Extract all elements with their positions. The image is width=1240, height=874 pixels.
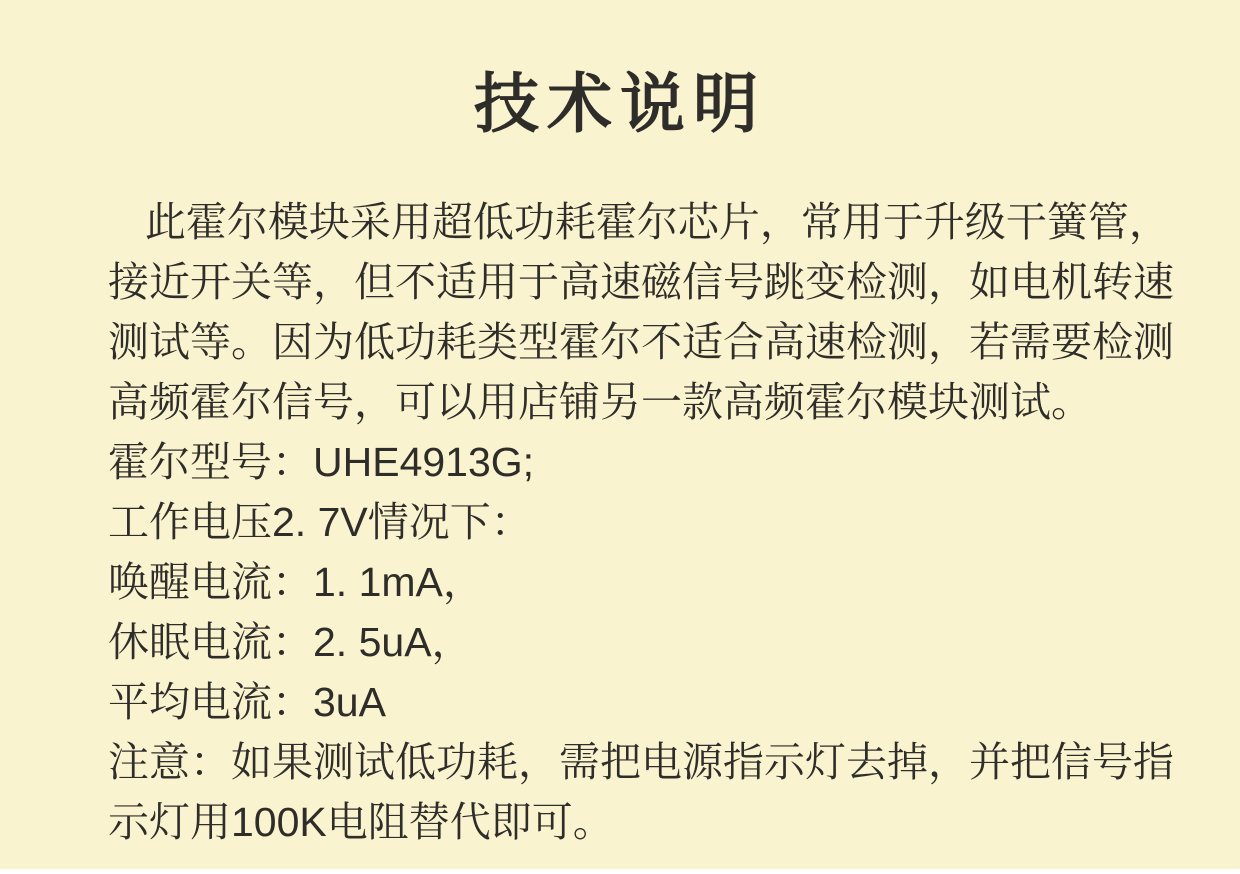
note-line-2: 示灯用100K电阻替代即可。 (108, 792, 1145, 852)
description-body: 此霍尔模块采用超低功耗霍尔芯片，常用于升级干簧管， 接近开关等，但不适用于高速磁… (0, 192, 1240, 852)
spec-line-sleep-current: 休眠电流：2. 5uA， (108, 612, 1145, 672)
spec-line-wake-current: 唤醒电流：1. 1mA， (108, 552, 1145, 612)
paragraph-line-2: 接近开关等，但不适用于高速磁信号跳变检测，如电机转速 (108, 252, 1145, 312)
page-title: 技术说明 (0, 0, 1240, 140)
bottom-white-strip (0, 869, 1240, 874)
paragraph-line-3: 测试等。因为低功耗类型霍尔不适合高速检测，若需要检测 (108, 312, 1145, 372)
spec-line-average-current: 平均电流：3uA (108, 672, 1145, 732)
paragraph-line-4: 高频霍尔信号，可以用店铺另一款高频霍尔模块测试。 (108, 372, 1145, 432)
tech-note-page: 技术说明 此霍尔模块采用超低功耗霍尔芯片，常用于升级干簧管， 接近开关等，但不适… (0, 0, 1240, 874)
spec-line-hall-model: 霍尔型号：UHE4913G; (108, 432, 1145, 492)
paragraph-line-1: 此霍尔模块采用超低功耗霍尔芯片，常用于升级干簧管， (108, 192, 1145, 252)
note-line-1: 注意：如果测试低功耗，需把电源指示灯去掉，并把信号指 (108, 732, 1145, 792)
spec-line-working-voltage: 工作电压2. 7V情况下： (108, 492, 1145, 552)
